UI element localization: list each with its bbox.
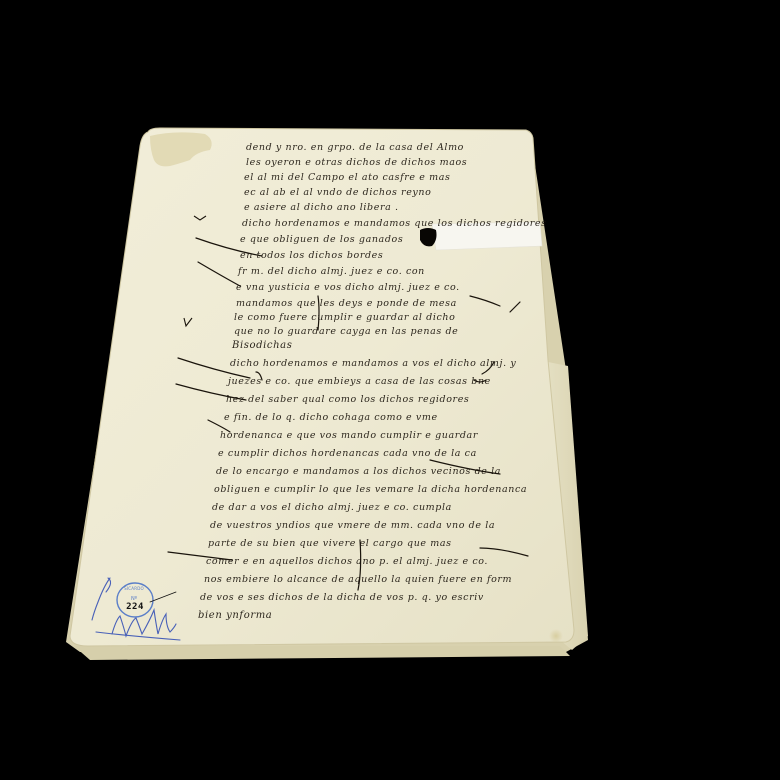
manuscript-line: de vuestros yndios que vmere de mm. cada…: [210, 520, 495, 531]
manuscript-line: les oyeron e otras dichos de dichos maos: [246, 157, 467, 168]
manuscript-line: comer e en aquellos dichos ano p. el alm…: [206, 556, 488, 567]
manuscript-line: dicho hordenamos e mandamos que los dich…: [242, 218, 547, 229]
manuscript-line: en todos los dichos bordes: [240, 250, 383, 261]
manuscript-line: hez del saber qual como los dichos regid…: [226, 394, 469, 405]
manuscript-line: el al mi del Campo el ato casfre e mas: [244, 172, 450, 183]
manuscript-line: le como fuere cumplir e guardar al dicho: [234, 312, 455, 323]
manuscript-line: de lo encargo e mandamos a los dichos ve…: [216, 466, 501, 477]
manuscript-line: parte de su bien que vivere el cargo que…: [208, 538, 452, 549]
manuscript-line: fr m. del dicho almj. juez e co. con: [238, 266, 425, 277]
manuscript-line: dicho hordenamos e mandamos a vos el dic…: [230, 358, 516, 369]
manuscript-line: e que obliguen de los ganados: [240, 234, 403, 245]
manuscript-line: ec al ab el al vndo de dichos reyno: [244, 187, 431, 198]
manuscript-line: juezes e co. que embieys a casa de las c…: [228, 376, 491, 387]
manuscript-line: nos embiere lo alcance de aquello la qui…: [204, 574, 512, 585]
manuscript-line: de vos e ses dichos de la dicha de vos p…: [200, 592, 484, 603]
manuscript-line: e cumplir dichos hordenancas cada vno de…: [218, 448, 477, 459]
manuscript-line: e asiere al dicho ano libera .: [244, 202, 399, 213]
manuscript-line: mandamos que les deys e ponde de mesa: [236, 298, 457, 309]
manuscript-line: e fin. de lo q. dicho cohaga como e vme: [224, 412, 438, 423]
manuscript-photo: dend y nro. en grpo. de la casa del Almo…: [0, 0, 780, 780]
manuscript-line: que no lo guardare cayga en las penas de: [234, 326, 458, 337]
manuscript-line: de dar a vos el dicho almj. juez e co. c…: [212, 502, 452, 513]
manuscript-line: e vna yusticia e vos dicho almj. juez e …: [236, 282, 460, 293]
manuscript-line: hordenanca e que vos mando cumplir e gua…: [220, 430, 478, 441]
manuscript-line: bien ynforma: [198, 610, 272, 621]
stamp-label: SICARDO: [117, 586, 151, 591]
manuscript-illustration: [0, 0, 780, 780]
manuscript-line: obliguen e cumplir lo que les vemare la …: [214, 484, 527, 495]
stamp-number: 224: [120, 602, 150, 612]
manuscript-line: Bisodichas: [232, 340, 292, 351]
manuscript-line: dend y nro. en grpo. de la casa del Almo: [246, 142, 464, 153]
